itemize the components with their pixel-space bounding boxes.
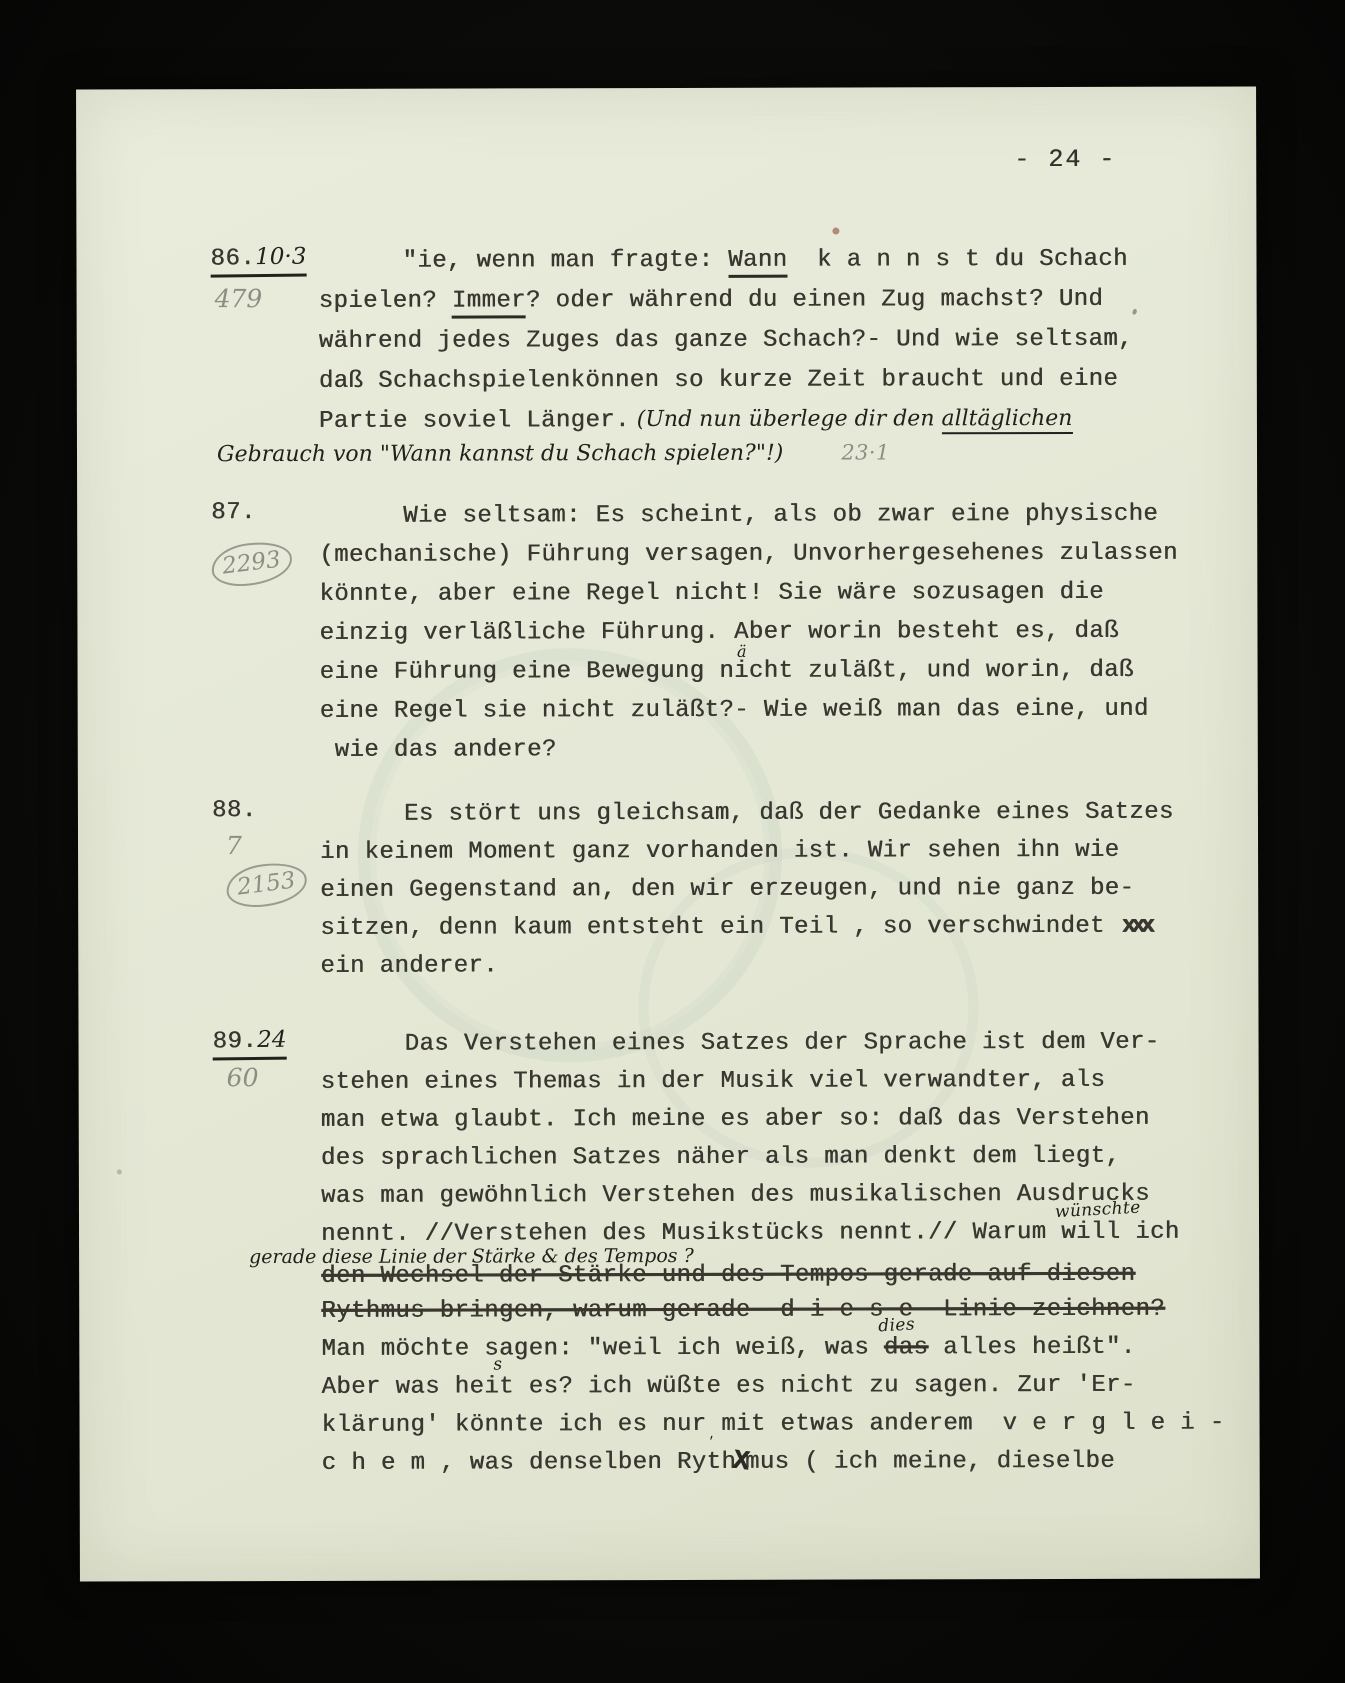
margin-pencil-number: 60: [227, 1063, 259, 1092]
margin-head: 88.: [212, 797, 257, 826]
text-segment: könnte, aber eine Regel nicht! Sie wäre …: [319, 579, 1104, 608]
text-segment: stehen eines Themas in der Musik viel ve…: [321, 1067, 1106, 1096]
annotated-segment: ts: [499, 1373, 514, 1401]
text-segment: Man möchte sagen: "weil ich weiß, was: [321, 1334, 884, 1362]
section-87: 87.2293Wie seltsam: Es scheint, als ob z…: [319, 500, 1280, 776]
text-line: Man möchte sagen: "weil ich weiß, was da…: [321, 1333, 1281, 1374]
text-segment: (Und nun überlege dir den: [630, 406, 942, 432]
text-segment: will: [1061, 1219, 1120, 1246]
text-segment: Wann: [728, 247, 787, 278]
text-segment: das: [884, 1334, 928, 1361]
text-segment: Das Verstehen eines Satzes der Sprache i…: [405, 1029, 1160, 1058]
text-segment: ich: [1120, 1219, 1179, 1246]
text-segment: was man gewöhnlich Verstehen des musikal…: [321, 1181, 1150, 1210]
margin-pencil-number: 7: [226, 831, 242, 860]
text-segment: wie das andere?: [320, 736, 557, 764]
text-segment: c h e m , was denselben: [322, 1449, 677, 1477]
text-segment: t: [499, 1373, 514, 1400]
text-line: c h e m , was denselben RythʹXmus ( ich …: [322, 1447, 1282, 1488]
text-segment: in keinem Moment ganz vorhanden ist. Wir…: [320, 837, 1119, 866]
text-line: einzig verläßliche Führung. Aberä worin …: [319, 617, 1279, 659]
text-segment: während jedes Zuges das ganze Schach?- U…: [319, 326, 1133, 355]
text-segment: einzig verläßliche Führung.: [319, 619, 734, 647]
section-88: 88.72153Es stört uns gleichsam, daß der …: [320, 798, 1280, 991]
margin-head: 89.24: [212, 1027, 286, 1061]
text-line: spielen? Immer? oder während du einen Zu…: [319, 285, 1279, 328]
text-segment: einen Gegenstand an, den wir erzeugen, u…: [320, 875, 1134, 904]
margin-typed-number: 87.: [211, 499, 256, 526]
paragraph-lines: Das Verstehen eines Satzes der Sprache i…: [321, 1028, 1282, 1488]
text-line: Das Verstehen eines Satzes der Sprache i…: [321, 1028, 1281, 1069]
text-segment: ? oder während du einen Zug machst? Und: [526, 286, 1103, 315]
text-line: Es stört uns gleichsam, daß der Gedanke …: [320, 798, 1280, 839]
margin-ink-number: 10·3: [255, 244, 307, 271]
text-segment: Rythmus bringen, warum gerade d i e s e …: [321, 1296, 1165, 1325]
text-line: "ie, wenn man fragte: Wann k a n n s t d…: [318, 245, 1278, 288]
text-segment: Es stört uns gleichsam, daß der Gedanke …: [404, 799, 1174, 828]
text-segment: eine Regel sie nicht zuläßt?- Wie weiß m…: [320, 696, 1149, 725]
text-segment: worin besteht es, daß: [793, 618, 1119, 646]
margin-annotations: 479: [211, 284, 319, 313]
paragraph-lines: Es stört uns gleichsam, daß der Gedanke …: [320, 798, 1280, 991]
annotated-segment: willwünschte: [1061, 1219, 1120, 1247]
annotated-segment: Aberä: [734, 619, 793, 647]
text-segment: mus ( ich meine, dieselbe: [745, 1448, 1115, 1476]
margin-annotations: 72153: [212, 831, 330, 906]
text-line: daß Schachspielenkönnen so kurze Zeit br…: [319, 365, 1279, 408]
hand-correction: dies: [877, 1315, 915, 1337]
paper-speck: [832, 228, 839, 235]
text-segment: alles heißt".: [928, 1334, 1135, 1362]
typescript-page: - 24 - 86.10·3479"ie, wenn man fragte: W…: [76, 86, 1260, 1581]
text-segment: (mechanische) Führung versagen, Unvorher…: [319, 540, 1178, 569]
text-segment: Immer: [452, 287, 526, 318]
margin-number-89: 89.24: [213, 1027, 317, 1060]
margin-typed-number: 86.: [210, 245, 255, 273]
annotated-segment: dasdies: [884, 1334, 928, 1362]
section-86: 86.10·3479"ie, wenn man fragte: Wann k a…: [318, 245, 1279, 482]
text-segment: 23·1: [841, 440, 889, 464]
text-segment: Wie seltsam: Es scheint, als ob zwar ein…: [403, 501, 1158, 530]
text-segment: daß Schachspielenkönnen so kurze Zeit br…: [319, 366, 1118, 395]
margin-pencil-number: 479: [215, 284, 263, 313]
circled-number: 2153: [224, 859, 309, 911]
text-segment: sitzen, denn kaum entsteht ein Teil , so…: [320, 913, 1119, 942]
margin-ink-number: 24: [257, 1027, 287, 1053]
margin-annotations: 2293: [211, 543, 315, 585]
text-segment: alltäglichen: [941, 406, 1072, 434]
hand-correction: ʹ: [709, 1435, 715, 1452]
margin-typed-number: 88.: [212, 797, 257, 824]
text-line: eine Führung eine Bewegung nicht zuläßt,…: [320, 656, 1280, 698]
page-number: - 24 -: [1014, 145, 1116, 174]
struck-text-line: den Wechsel der Stärke und des Tempos ge…: [321, 1260, 1281, 1298]
margin-number-88: 88.: [212, 797, 316, 826]
text-segment: eine Führung eine Bewegung nicht zuläßt,…: [320, 657, 1134, 686]
text-segment: Partie soviel Länger.: [319, 407, 630, 435]
text-line: des sprachlichen Satzes näher als man de…: [321, 1142, 1281, 1183]
paragraph-lines: Wie seltsam: Es scheint, als ob zwar ein…: [319, 500, 1280, 776]
text-line: man etwa glaubt. Ich meine es aber so: d…: [321, 1104, 1281, 1145]
text-segment: spielen?: [319, 288, 452, 315]
text-segment: ein anderer.: [320, 952, 498, 979]
annotated-segment: Rythʹ: [677, 1449, 736, 1477]
text-segment: den Wechsel der Stärke und des Tempos ge…: [321, 1261, 1135, 1290]
text-segment: xxx: [1122, 913, 1150, 940]
text-segment: man etwa glaubt. Ich meine es aber so: d…: [321, 1105, 1150, 1134]
text-line: eine Regel sie nicht zuläßt?- Wie weiß m…: [320, 695, 1280, 737]
paragraph-lines: "ie, wenn man fragte: Wann k a n n s t d…: [318, 245, 1279, 482]
margin-number-87: 87.: [211, 499, 315, 528]
text-segment: es? ich wüßte es nicht zu sagen. Zur 'Er…: [514, 1372, 1136, 1401]
margin-head: 87.: [211, 499, 256, 528]
text-line: könnte, aber eine Regel nicht! Sie wäre …: [319, 578, 1279, 620]
text-line: ein anderer.: [320, 950, 1280, 991]
paper-speck: [117, 1169, 122, 1174]
text-line: während jedes Zuges das ganze Schach?- U…: [319, 325, 1279, 368]
text-segment: des sprachlichen Satzes näher als man de…: [321, 1143, 1120, 1172]
scan-background: { "page": { "number": "- 24 -" }, "color…: [0, 0, 1345, 1683]
text-line: in keinem Moment ganz vorhanden ist. Wir…: [320, 836, 1280, 877]
text-line: einen Gegenstand an, den wir erzeugen, u…: [320, 874, 1280, 915]
text-line: wie das andere?: [320, 734, 1280, 776]
text-line: Aber was heits es? ich wüßte es nicht zu…: [321, 1371, 1281, 1412]
struck-text-line: Rythmus bringen, warum gerade d i e s e …: [321, 1295, 1281, 1336]
handwritten-line: Gebrauch von "Wann kannst du Schach spie…: [217, 439, 1279, 482]
text-segment: k a n n s t du Schach: [787, 246, 1128, 274]
text-segment: Ryth: [677, 1449, 736, 1476]
circled-number: 2293: [209, 538, 294, 590]
margin-head: 86.10·3: [210, 244, 306, 278]
hand-correction: s: [493, 1355, 503, 1375]
text-segment: Gebrauch von "Wann kannst du Schach spie…: [217, 441, 783, 467]
text-line: klärung' könnte ich es nur mit etwas and…: [322, 1409, 1282, 1450]
text-line: sitzen, denn kaum entsteht ein Teil , so…: [320, 912, 1280, 953]
text-line: Wie seltsam: Es scheint, als ob zwar ein…: [319, 500, 1279, 542]
text-line: Partie soviel Länger. (Und nun überlege …: [319, 405, 1279, 442]
margin-annotations: 60: [213, 1063, 331, 1092]
text-segment: "ie, wenn man fragte:: [402, 247, 728, 275]
hand-correction: ä: [737, 643, 747, 661]
section-89: 89.2460Das Verstehen eines Satzes der Sp…: [321, 1028, 1282, 1488]
text-segment: Aber was hei: [321, 1373, 499, 1400]
text-segment: klärung' könnte ich es nur mit etwas and…: [322, 1410, 1225, 1439]
text-line: nennt. //Verstehen des Musikstücks nennt…: [321, 1218, 1281, 1244]
text-line: stehen eines Themas in der Musik viel ve…: [321, 1066, 1281, 1107]
margin-typed-number: 89.: [212, 1028, 257, 1056]
margin-number-86: 86.10·3: [210, 244, 314, 277]
text-line: (mechanische) Führung versagen, Unvorher…: [319, 539, 1279, 581]
